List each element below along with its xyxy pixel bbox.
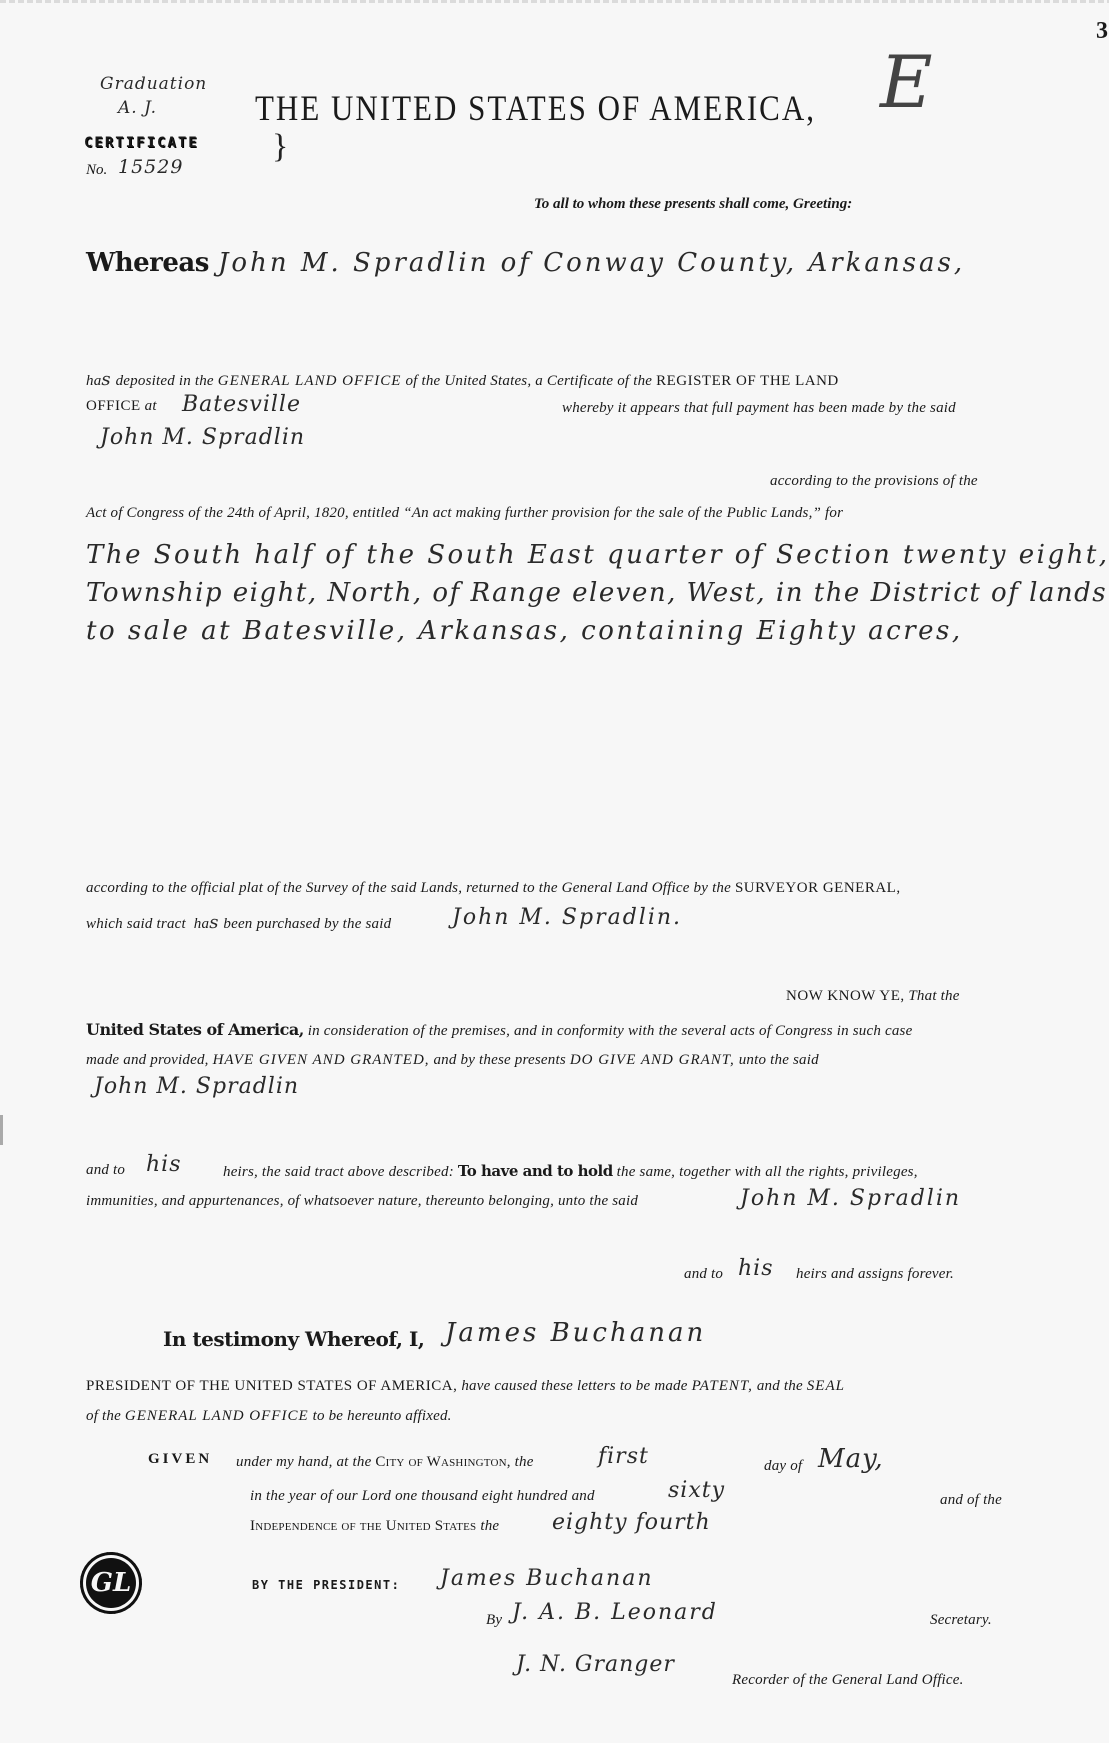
- whereas-heading: Whereas: [86, 248, 209, 278]
- day-of-label: day of: [764, 1458, 802, 1475]
- rights-text: the same, together with all the rights, …: [617, 1164, 918, 1180]
- habendum-grantee: John M. Spradlin: [740, 1186, 961, 1211]
- tract-text: which said tract: [86, 916, 186, 932]
- under-hand-text: under my hand, at the: [236, 1454, 371, 1470]
- document-title: THE UNITED STATES OF AMERICA,: [255, 88, 816, 129]
- land-description-line: to sale at Batesville, Arkansas, contain…: [86, 616, 963, 646]
- and-to-2: and to: [684, 1266, 723, 1283]
- and-of-the: and of the: [940, 1492, 1002, 1509]
- heirs-text: heirs, the said tract above described:: [223, 1164, 454, 1180]
- heirs-pronoun-2: his: [738, 1256, 774, 1281]
- secretary-title: Secretary.: [930, 1612, 992, 1629]
- certificate-no-label: No.: [86, 162, 107, 179]
- recorder-title: Recorder of the General Land Office.: [732, 1672, 964, 1689]
- left-edge-scan-artifact: [0, 1115, 3, 1145]
- unto-said: unto the said: [739, 1052, 819, 1068]
- page-number: 3: [1096, 18, 1108, 45]
- general-land-office-seal-icon: GL: [86, 1558, 136, 1608]
- grant-text: made and provided,: [86, 1052, 209, 1068]
- annotation-graduation: Graduation: [100, 74, 207, 94]
- and-the: and the: [757, 1378, 803, 1394]
- now-know-ye: NOW KNOW YE,: [786, 988, 905, 1004]
- usa-gothic: United States of America,: [86, 1020, 304, 1039]
- tract-ha: ha: [194, 916, 209, 932]
- certificate-number: 15529: [118, 156, 183, 178]
- that-the: That the: [908, 988, 959, 1004]
- deposit-prefix: ha: [86, 373, 101, 389]
- margin-mark: E: [880, 40, 933, 124]
- by-the-president-label: BY THE PRESIDENT:: [252, 1578, 400, 1592]
- grant-text-2: and by these presents: [433, 1052, 565, 1068]
- recorder-signature: J. N. Granger: [516, 1652, 675, 1677]
- do-give-grant: DO GIVE AND GRANT,: [570, 1052, 735, 1068]
- at-label: at: [145, 398, 157, 414]
- patent-label: PATENT,: [692, 1378, 753, 1394]
- heirs-pronoun: his: [146, 1152, 182, 1177]
- president-title: PRESIDENT OF THE UNITED STATES OF AMERIC…: [86, 1378, 457, 1394]
- act-citation: Act of Congress of the 24th of April, 18…: [86, 505, 843, 522]
- to-have-and-hold: To have and to hold: [458, 1162, 613, 1180]
- city-washington: City of Washington,: [375, 1454, 510, 1470]
- given-year: sixty: [668, 1478, 725, 1503]
- land-description-line: The South half of the South East quarter…: [86, 540, 1109, 570]
- independence-the: the: [480, 1518, 499, 1534]
- year-of-lord-text: in the year of our Lord one thousand eig…: [250, 1488, 595, 1505]
- surveyor-general: SURVEYOR GENERAL,: [735, 880, 901, 896]
- annotation-initials: A. J.: [118, 98, 157, 118]
- brace-icon: }: [272, 128, 288, 166]
- land-office-name: Batesville: [182, 392, 301, 417]
- purchased-text: been purchased by the said: [223, 916, 391, 932]
- independence-year: eighty fourth: [552, 1510, 711, 1535]
- given-month: May,: [818, 1444, 884, 1474]
- payer-name: John M. Spradlin: [100, 425, 305, 450]
- of-the: of the: [86, 1408, 121, 1424]
- survey-text: according to the official plat of the Su…: [86, 880, 731, 896]
- tract-mark: s: [209, 912, 219, 933]
- affixed-text: to be hereunto affixed.: [313, 1408, 452, 1424]
- deposit-mark: s: [101, 369, 111, 390]
- consideration-text: in consideration of the premises, and in…: [308, 1023, 913, 1039]
- president-signature: James Buchanan: [440, 1566, 654, 1591]
- appurtenances-text: immunities, and appurtenances, of whatso…: [86, 1193, 638, 1210]
- have-given-granted: HAVE GIVEN AND GRANTED,: [213, 1052, 430, 1068]
- top-edge-scan-artifact: [0, 0, 1109, 3]
- register-label: REGISTER OF THE LAND: [656, 373, 839, 389]
- by-label: By: [486, 1612, 502, 1629]
- given-day: first: [598, 1444, 649, 1469]
- independence-text: Independence of the United States: [250, 1518, 476, 1534]
- grantee-name: John M. Spradlin: [94, 1074, 299, 1099]
- deposit-text: deposited in the: [116, 373, 214, 389]
- heirs-assigns-text: heirs and assigns forever.: [796, 1266, 954, 1283]
- act-intro: according to the provisions of the: [770, 473, 978, 490]
- certificate-label: CERTIFICATE: [84, 135, 199, 151]
- habendum-and-to: and to: [86, 1162, 125, 1179]
- seal-label: SEAL: [807, 1378, 845, 1394]
- payment-text: whereby it appears that full payment has…: [562, 400, 956, 417]
- president-name: James Buchanan: [445, 1318, 706, 1348]
- gen-land-office: GENERAL LAND OFFICE: [125, 1408, 309, 1424]
- given-label: GIVEN: [148, 1451, 212, 1468]
- deposit-text-2: of the United States, a Certificate of t…: [405, 373, 652, 389]
- greeting: To all to whom these presents shall come…: [534, 196, 852, 213]
- testimony-heading: In testimony Whereof, I,: [163, 1327, 424, 1351]
- office-label: OFFICE: [86, 398, 141, 414]
- secretary-signature: J. A. B. Leonard: [512, 1600, 718, 1625]
- letters-text: have caused these letters to be made: [461, 1378, 687, 1394]
- land-description-line: Township eight, North, of Range eleven, …: [86, 578, 1109, 608]
- given-the: the: [515, 1454, 534, 1470]
- general-land-office: GENERAL LAND OFFICE: [218, 373, 402, 389]
- seal-monogram: GL: [91, 1568, 132, 1598]
- grantee-clause: John M. Spradlin of Conway County, Arkan…: [218, 248, 965, 278]
- purchaser-name: John M. Spradlin.: [452, 905, 682, 930]
